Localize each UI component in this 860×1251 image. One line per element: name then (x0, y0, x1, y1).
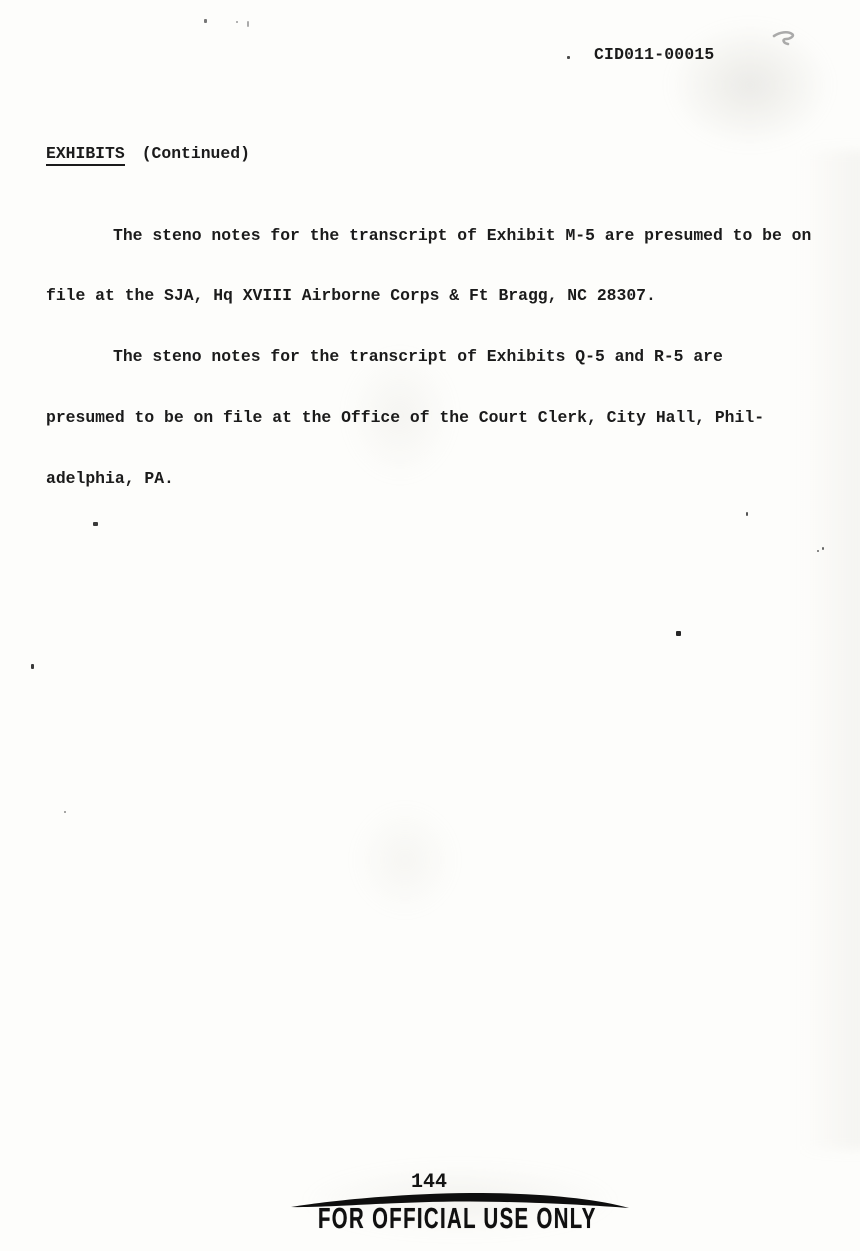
section-heading-suffix: (Continued) (142, 144, 250, 163)
scan-speck (746, 512, 748, 516)
page-number: 144 (411, 1171, 447, 1194)
body-text: The steno notes for the transcript of Ex… (46, 185, 836, 530)
scan-speck (204, 19, 207, 23)
scan-speck (822, 547, 824, 550)
scan-mottle (330, 780, 480, 940)
text-line: The steno notes for the transcript of Ex… (46, 347, 836, 367)
smudge-mark (772, 27, 802, 49)
text-line: file at the SJA, Hq XVIII Airborne Corps… (46, 286, 836, 306)
scan-speck (236, 21, 238, 23)
scan-speck (31, 664, 34, 669)
document-page: CID011-00015 EXHIBITS(Continued) The ste… (0, 0, 860, 1251)
doc-id: CID011-00015 (594, 45, 714, 64)
scan-speck (676, 631, 681, 636)
scan-speck (93, 522, 98, 526)
section-heading: EXHIBITS(Continued) (46, 144, 250, 166)
scan-speck (64, 811, 66, 813)
text-line: adelphia, PA. (46, 469, 836, 489)
scan-speck (247, 21, 249, 27)
scan-speck (817, 550, 819, 552)
text-line: The steno notes for the transcript of Ex… (46, 226, 836, 246)
text-line: presumed to be on file at the Office of … (46, 408, 836, 428)
section-heading-title: EXHIBITS (46, 144, 125, 166)
official-use-stamp: FOR OFFICIAL USE ONLY (318, 1203, 597, 1236)
scan-speck (567, 56, 570, 59)
scan-mottle (640, 0, 860, 170)
